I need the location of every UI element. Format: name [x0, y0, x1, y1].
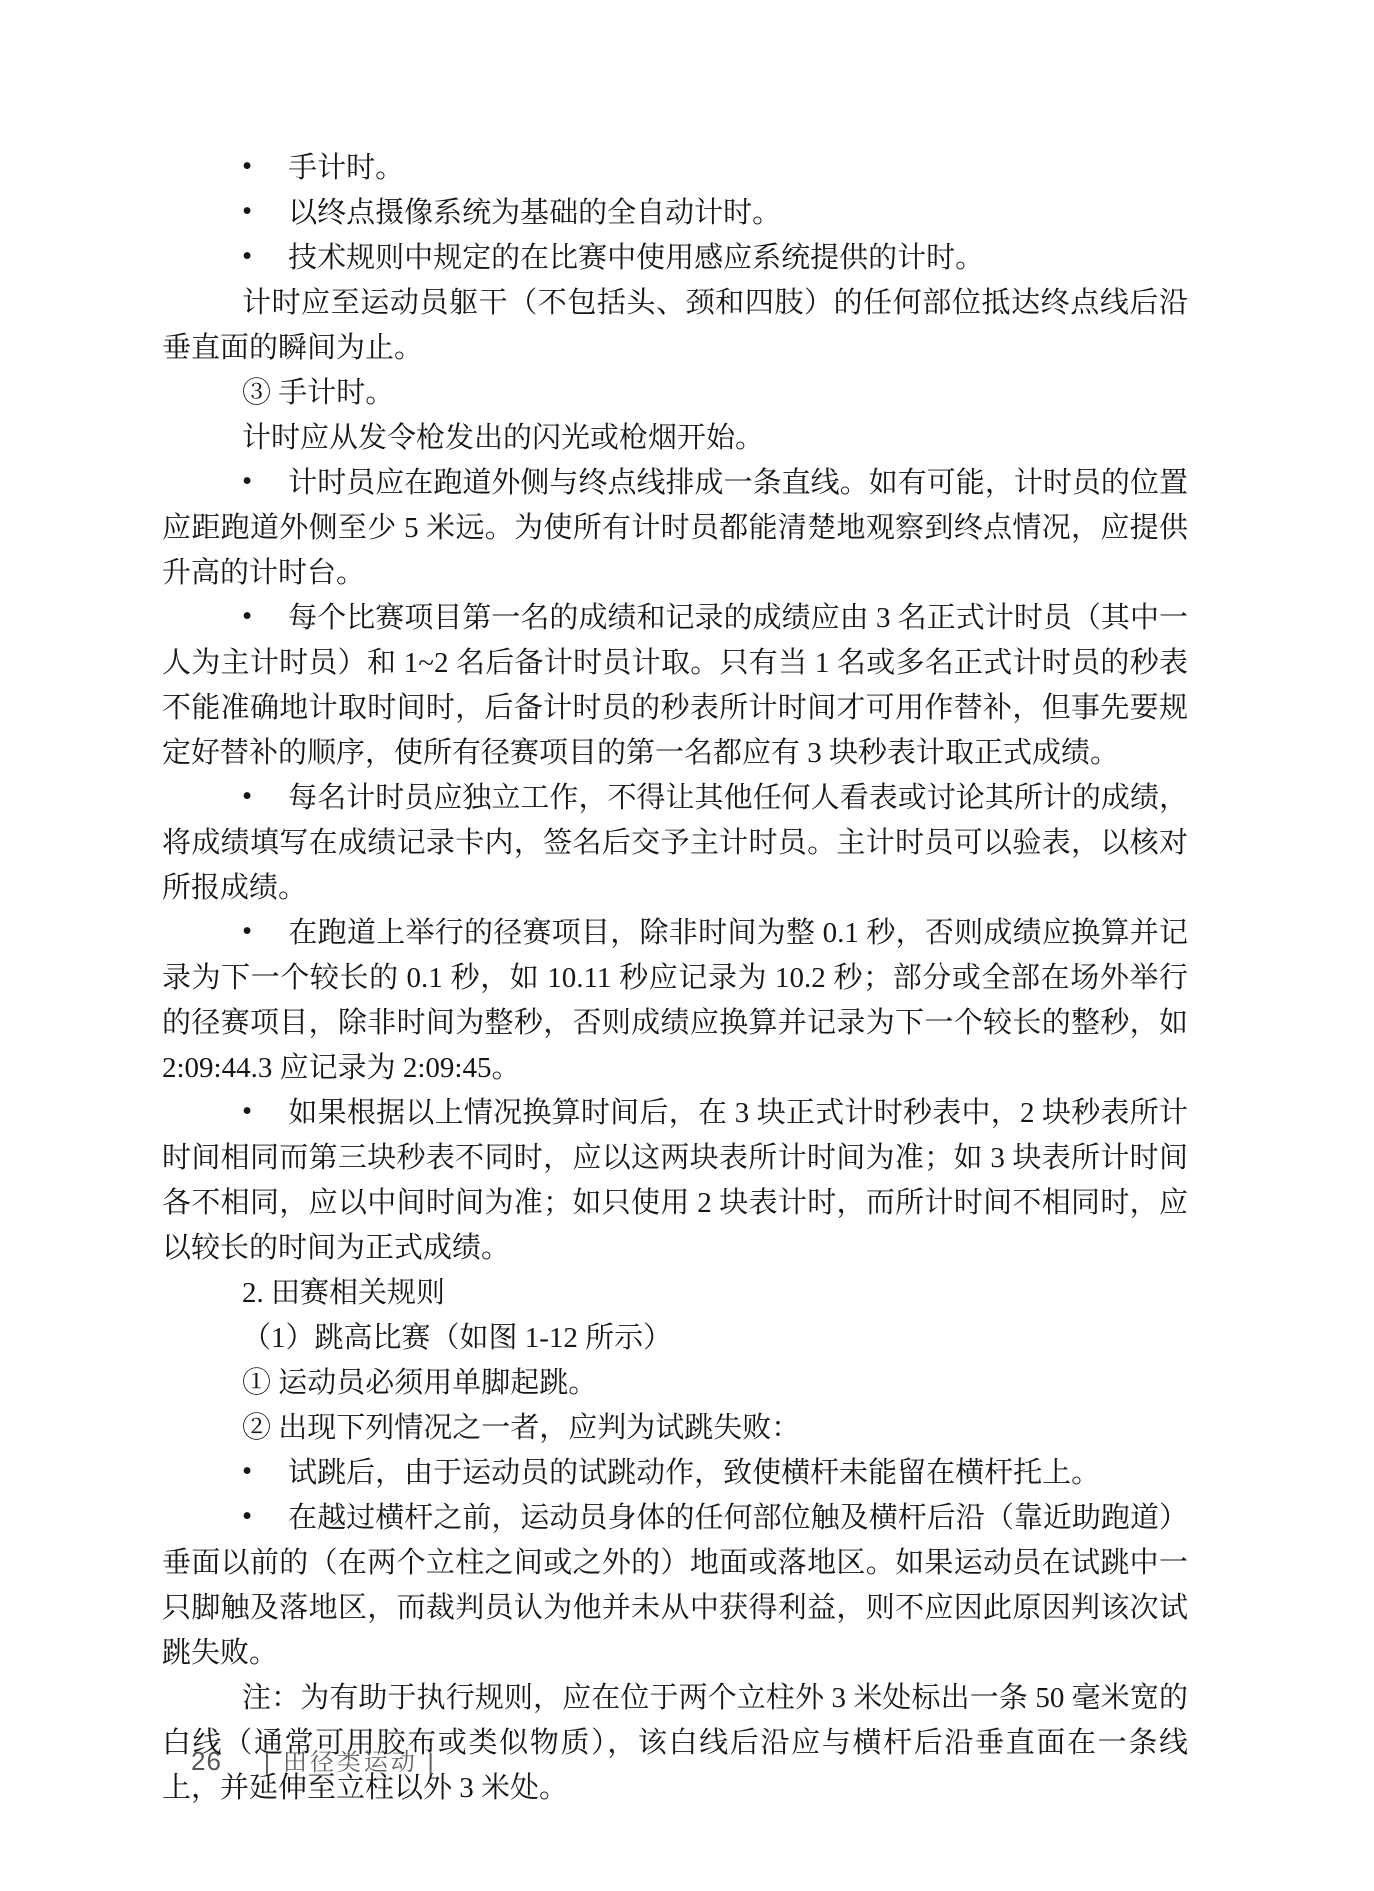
paragraph: •技术规则中规定的在比赛中使用感应系统提供的计时。 — [162, 236, 1188, 281]
page-number: 26 — [191, 1746, 222, 1776]
paragraph: •每个比赛项目第一名的成绩和记录的成绩应由 3 名正式计时员（其中一人为主计时员… — [162, 596, 1188, 776]
paragraph-text: 每个比赛项目第一名的成绩和记录的成绩应由 3 名正式计时员（其中一人为主计时员）… — [162, 602, 1188, 769]
paragraph: •试跳后，由于运动员的试跳动作，致使横杆未能留在横杆托上。 — [162, 1451, 1188, 1496]
paragraph-text: 如果根据以上情况换算时间后，在 3 块正式计时秒表中，2 块秒表所计时间相同而第… — [162, 1097, 1188, 1264]
paragraph: ① 运动员必须用单脚起跳。 — [162, 1361, 1188, 1406]
paragraph: •计时员应在跑道外侧与终点线排成一条直线。如有可能，计时员的位置应距跑道外侧至少… — [162, 461, 1188, 596]
paragraph: ② 出现下列情况之一者，应判为试跳失败： — [162, 1406, 1188, 1451]
paragraph-text: 计时应至运动员躯干（不包括头、颈和四肢）的任何部位抵达终点线后沿垂直面的瞬间为止… — [162, 287, 1188, 364]
bullet-icon: • — [242, 1449, 252, 1494]
paragraph: 计时应至运动员躯干（不包括头、颈和四肢）的任何部位抵达终点线后沿垂直面的瞬间为止… — [162, 281, 1188, 371]
paragraph-text: ③ 手计时。 — [242, 377, 394, 409]
bullet-icon: • — [242, 774, 252, 819]
paragraph-text: 每名计时员应独立工作，不得让其他任何人看表或讨论其所计的成绩，将成绩填写在成绩记… — [162, 782, 1188, 904]
paragraph-text: ① 运动员必须用单脚起跳。 — [242, 1367, 597, 1399]
paragraph: （1）跳高比赛（如图 1-12 所示） — [162, 1316, 1188, 1361]
paragraph-text: 2. 田赛相关规则 — [242, 1277, 445, 1309]
paragraph-text: 技术规则中规定的在比赛中使用感应系统提供的计时。 — [288, 242, 984, 274]
paragraph: •在跑道上举行的径赛项目，除非时间为整 0.1 秒，否则成绩应换算并记录为下一个… — [162, 911, 1188, 1091]
paragraph-text: 以终点摄像系统为基础的全自动计时。 — [288, 197, 781, 229]
paragraph-text: 计时员应在跑道外侧与终点线排成一条直线。如有可能，计时员的位置应距跑道外侧至少 … — [162, 467, 1188, 589]
book-page: { "document": { "bullet_char": "•", "par… — [0, 0, 1374, 1891]
paragraph: •在越过横杆之前，运动员身体的任何部位触及横杆后沿（靠近助跑道）垂面以前的（在两… — [162, 1496, 1188, 1676]
bullet-icon: • — [242, 144, 252, 189]
paragraph: •如果根据以上情况换算时间后，在 3 块正式计时秒表中，2 块秒表所计时间相同而… — [162, 1091, 1188, 1271]
paragraph: 2. 田赛相关规则 — [162, 1271, 1188, 1316]
bullet-icon: • — [242, 1494, 252, 1539]
page-content: •手计时。•以终点摄像系统为基础的全自动计时。•技术规则中规定的在比赛中使用感应… — [162, 146, 1188, 1811]
bullet-icon: • — [242, 459, 252, 504]
paragraph: •手计时。 — [162, 146, 1188, 191]
bullet-icon: • — [242, 1089, 252, 1134]
bullet-icon: • — [242, 594, 252, 639]
paragraph-text: 手计时。 — [288, 152, 404, 184]
paragraph-text: 试跳后，由于运动员的试跳动作，致使横杆未能留在横杆托上。 — [288, 1457, 1100, 1489]
bullet-icon: • — [242, 189, 252, 234]
bullet-icon: • — [242, 234, 252, 279]
footer-section-label: | 田径类运动 | — [264, 1749, 437, 1776]
paragraph-text: 在越过横杆之前，运动员身体的任何部位触及横杆后沿（靠近助跑道）垂面以前的（在两个… — [162, 1502, 1188, 1669]
paragraph: ③ 手计时。 — [162, 371, 1188, 416]
paragraph-text: 计时应从发令枪发出的闪光或枪烟开始。 — [242, 422, 764, 454]
paragraph: •每名计时员应独立工作，不得让其他任何人看表或讨论其所计的成绩，将成绩填写在成绩… — [162, 776, 1188, 911]
paragraph: 计时应从发令枪发出的闪光或枪烟开始。 — [162, 416, 1188, 461]
bullet-icon: • — [242, 909, 252, 954]
paragraph-text: 在跑道上举行的径赛项目，除非时间为整 0.1 秒，否则成绩应换算并记录为下一个较… — [162, 917, 1188, 1084]
paragraph-text: ② 出现下列情况之一者，应判为试跳失败： — [242, 1412, 800, 1444]
paragraph: •以终点摄像系统为基础的全自动计时。 — [162, 191, 1188, 236]
paragraph-text: （1）跳高比赛（如图 1-12 所示） — [242, 1322, 672, 1354]
page-footer: 26| 田径类运动 | — [191, 1742, 437, 1777]
